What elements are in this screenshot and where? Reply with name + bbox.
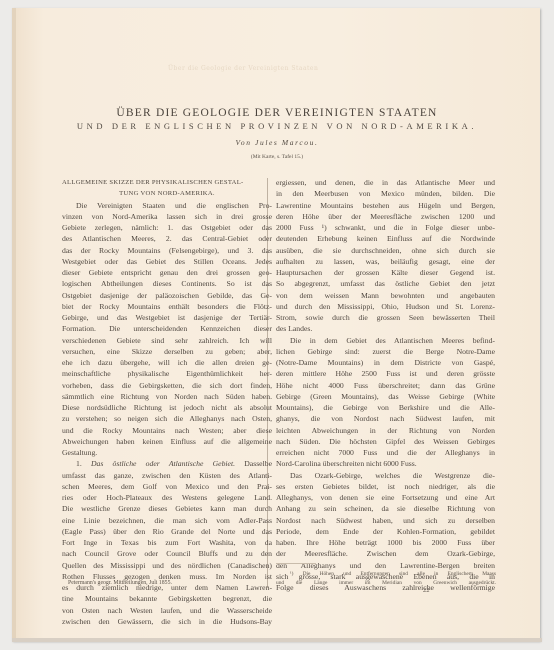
section-heading-line: TUNG VON NORD-AMERIKA. — [62, 188, 272, 199]
article-title: ÜBER DIE GEOLOGIE DER VEREINIGTEN STAATE… — [0, 107, 554, 119]
left-column: ALLGEMEINE SKIZZE DER PHYSIKALISCHEN GES… — [62, 177, 272, 627]
text-line: Die Vereinigten Staaten und die englisch… — [62, 200, 272, 211]
page-left-edge — [12, 8, 16, 641]
text-line: deren Höhe über der Meeresfläche zwische… — [276, 211, 495, 222]
text-line: vorheben, dass die Gebirgsketten, die si… — [62, 380, 272, 391]
text-line: Mountains), die Gebirge von Berkshire un… — [276, 402, 495, 413]
text-line: in den Meerbusen von Mexico münden, bild… — [276, 188, 495, 199]
footnote-line: ¹) Die Höhen und Entfernungen sind alle … — [276, 570, 496, 579]
text-line: ries oder Hoch-Plateaux des Westens gele… — [62, 492, 272, 503]
text-line: deren mittlere Höhe 2500 Fuss ist und de… — [276, 368, 495, 379]
map-note: (Mit Karte, s. Tafel 15.) — [0, 154, 554, 160]
text-line: Quellen des Mississippi und des nördlich… — [62, 560, 272, 571]
text-line: Ostgebiet dasjenige der paläozoischen Ge… — [62, 290, 272, 301]
text-line: von Osten nach Westen laufen, und die Wa… — [62, 605, 272, 616]
text-line: Hauptursachen der grossen Kälte dieser G… — [276, 267, 495, 278]
page-bottom-shadow — [12, 638, 542, 642]
text-line: des Landes. — [276, 323, 495, 334]
text-line: Diese nordsüdliche Richtung ist jedoch n… — [62, 402, 272, 413]
section-number: 1. — [76, 459, 82, 468]
text-line: Das Ozark-Gebirge, welches die Westgrenz… — [276, 470, 495, 481]
text-line: meinschaftliche physikalische Eigenthüml… — [62, 368, 272, 379]
text-line: Gebirge, und das Westgebiet ist dasjenig… — [62, 312, 272, 323]
text-line: ehe ich dazu übergehe, will ich die alle… — [62, 357, 272, 368]
text-line: ses ersten Gebietes bildet, ist noch nie… — [276, 481, 495, 492]
source-footer: Petermann's geogr. Mittheilungen, Juli 1… — [68, 580, 172, 586]
text-line: und durch den Mississippi, Ohio, Hudson … — [276, 301, 495, 312]
text-line: Gestaltung. — [62, 447, 272, 458]
footnote-line: und die Länge immer im Meridian von Gree… — [276, 579, 496, 588]
section-heading-line: ALLGEMEINE SKIZZE DER PHYSIKALISCHEN GES… — [62, 177, 272, 188]
text-fragment: Dasselbe — [244, 459, 272, 468]
text-line: sämmtlich eine Richtung von Norden nach … — [62, 391, 272, 402]
text-line: nach Süden. Die höchsten Gipfel des Weis… — [276, 436, 495, 447]
text-line: verschiedenen Gebiete sind sehr zahlreic… — [62, 335, 272, 346]
text-line: 2000 Fuss ¹) schwankt, und die in Folge … — [276, 222, 495, 233]
text-line: schen Meeres, dem Golf von Mexico und de… — [62, 481, 272, 492]
text-line: von dem weissen Mann bewohnten und angeb… — [276, 290, 495, 301]
text-line: vinzen von Nord-Amerika lassen sich in d… — [62, 211, 272, 222]
text-line: Gebiete zerlegen, nämlich: 1. das Ostgeb… — [62, 222, 272, 233]
text-line: leichten Abweichungen in der Richtung vo… — [276, 425, 495, 436]
text-line: deutenden Erhebung keinen Einfluss auf d… — [276, 233, 495, 244]
text-line: Westgebiet oder das Gebiet des Stillen O… — [62, 256, 272, 267]
text-line: versuchen, eine Skizze derselben zu gebe… — [62, 346, 272, 357]
text-line: logischen Abtheilungen dieses Continents… — [62, 278, 272, 289]
text-line: des Atlantischen Meeres, 2. das Central-… — [62, 233, 272, 244]
text-line: nach Council Grove oder Council Bluffs u… — [62, 548, 272, 559]
footnote-rule — [276, 563, 316, 564]
text-line: ghanys, die von Nordost nach Südwest lau… — [276, 413, 495, 424]
text-line: eine Linie bezeichnen, die man sich vom … — [62, 515, 272, 526]
footnote: ¹) Die Höhen und Entfernungen sind alle … — [276, 570, 496, 588]
text-line: dieser Gebiete entspricht genau den drei… — [62, 267, 272, 278]
section-title: Das östliche oder Atlantische Gebiet. — [91, 459, 235, 468]
text-line: Lawrentine Mountains bestehen aus Hügeln… — [276, 200, 495, 211]
text-line: Nord-Carolina überschreiten nicht 6000 F… — [276, 458, 495, 469]
bleed-through-text: Über die Geologie der Vereinigten Staate… — [168, 65, 458, 71]
text-line: Periode, dem Ende der Kohlen-Formation, … — [276, 526, 495, 537]
text-line: Formation. Die unterscheidenden Kennzeic… — [62, 323, 272, 334]
text-line: umfasst das ganze, zwischen den Küsten d… — [62, 470, 272, 481]
right-column: ergiessen, und denen, die in das Atlanti… — [276, 177, 495, 593]
text-line: der Meeresfläche. Zwischen dem Ozark-Geb… — [276, 548, 495, 559]
text-line: und die Rocky Mountains nach Westen; abe… — [62, 425, 272, 436]
text-line: aufhalten zu lassen, was, beiläufig gesa… — [276, 256, 495, 267]
section-1-first-line: 1. Das östliche oder Atlantische Gebiet.… — [62, 458, 272, 469]
article-subtitle: UND DER ENGLISCHEN PROVINZEN VON NORD-AM… — [0, 121, 554, 131]
text-line: haben. Ihre Höhe beträgt 1000 bis 2000 F… — [276, 537, 495, 548]
text-line: Abweichungen haben keinen Einfluss auf d… — [62, 436, 272, 447]
text-line: ergiessen, und denen, die in das Atlanti… — [276, 177, 495, 188]
text-line: So abgegrenzt, umfasst das östliche Gebi… — [276, 278, 495, 289]
text-line: Höhe nicht 4000 Fuss überschreitet; dann… — [276, 380, 495, 391]
text-line: (Notre-Dame Mountains) in dem Districte … — [276, 357, 495, 368]
text-line: das der Rocky Mountains (Felsengebirge),… — [62, 245, 272, 256]
text-line: Die westliche Grenze dieses Gebietes kan… — [62, 503, 272, 514]
page-number: 22 — [423, 587, 430, 594]
text-line: Die in dem Gebiet des Atlantischen Meere… — [276, 335, 495, 346]
text-line: ausüben, die sie durchschneiden, ohne si… — [276, 245, 495, 256]
text-line: lichen Gebirge sind: zuerst die Berge No… — [276, 346, 495, 357]
text-line: biet der Rocky Mountains enthält besonde… — [62, 301, 272, 312]
text-line: Strom, sowie durch die grossen Seen bewä… — [276, 312, 495, 323]
text-line: tine Mountains bekannte Gebirgsketten be… — [62, 593, 272, 604]
text-line: erreichen nicht 7000 Fuss und die der Al… — [276, 447, 495, 458]
text-line: Nordost nach Südwest haben, und sich zu … — [276, 515, 495, 526]
text-line: zwischen den Gewässern, die sich in die … — [62, 616, 272, 627]
text-line: Gebirge (Green Mountains), das Weisse Ge… — [276, 391, 495, 402]
text-line: Alleghanys, von denen sie eine Fortsetzu… — [276, 492, 495, 503]
text-line: zu verstehen; so neigen sich die Allegha… — [62, 413, 272, 424]
text-line: (Eagle Pass) über den Rio Grande del Nor… — [62, 526, 272, 537]
text-line: Fort Inge in Texas bis zum Fort Washita,… — [62, 537, 272, 548]
text-line: Anhang zu sein scheinen, da sie dieselbe… — [276, 503, 495, 514]
author-byline: Von Jules Marcou. — [0, 138, 554, 147]
